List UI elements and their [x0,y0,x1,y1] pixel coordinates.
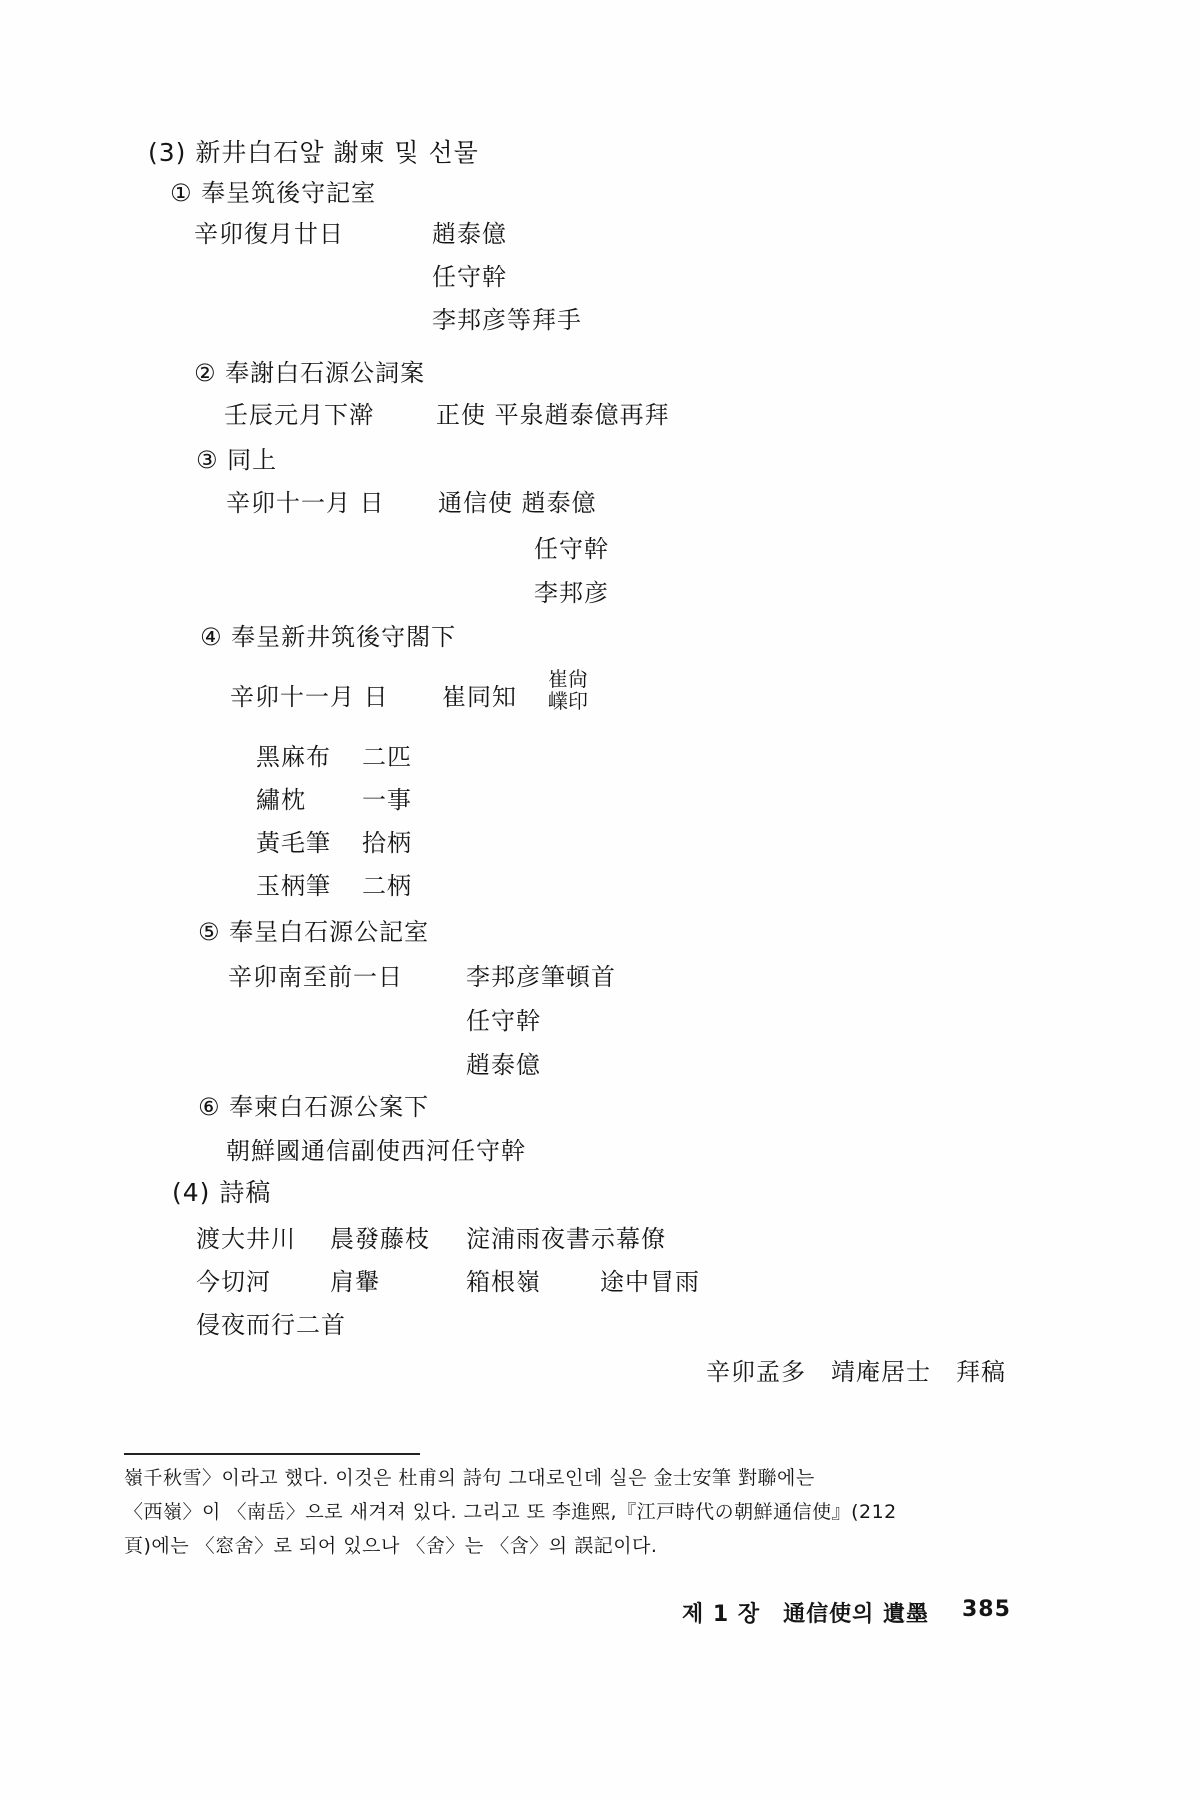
poem-signature: 辛卯孟多 靖庵居士 拜稿 [706,1357,1006,1387]
item-1-date: 辛卯復月廿日 [194,219,344,249]
item-2-name: 正使 平泉趙泰億再拜 [436,400,670,430]
running-footer-chapter: 제 1 장 通信使의 遺墨 [682,1597,929,1628]
footnote-divider [124,1453,420,1455]
item-4-title: ④ 奉呈新井筑後守閤下 [200,622,456,652]
section-3-heading: (3) 新井白石앞 謝柬 및 선물 [148,138,479,168]
poem-title: 渡大井川 [196,1224,296,1254]
item-3-name: 通信使 趙泰億 [438,488,597,518]
gift-item: 黃毛筆 [256,828,331,858]
item-5-name: 趙泰億 [466,1050,541,1080]
gift-item: 繡枕 [256,785,306,815]
poem-title: 侵夜而行二首 [196,1310,346,1340]
item-4-signer: 崔同知 [442,682,517,712]
page-number: 385 [962,1597,1011,1622]
item-4-seal: 崔尙 嶫印 [548,668,588,712]
poem-title: 晨發藤枝 [330,1224,430,1254]
item-5-title: ⑤ 奉呈白石源公記室 [198,917,429,947]
item-3-title: ③ 同上 [196,445,277,475]
item-4-date: 辛卯十一月 日 [230,682,389,712]
poem-title: 淀浦雨夜書示幕僚 [466,1224,666,1254]
seal-line: 嶫印 [548,690,588,712]
item-1-name: 李邦彦等拜手 [432,305,582,335]
poem-title: 箱根嶺 [466,1267,541,1297]
footnote-line: 頁)에는 〈窓舍〉로 되어 있으나 〈舍〉는 〈含〉의 誤記이다. [124,1534,657,1558]
item-6-name: 朝鮮國通信副使西河任守幹 [226,1136,526,1166]
book-page: (3) 新井白石앞 謝柬 및 선물 ① 奉呈筑後守記室 辛卯復月廿日 趙泰億 任… [0,0,1200,1800]
poem-title: 肩轝 [330,1267,380,1297]
gift-qty: 拾柄 [362,828,412,858]
section-4-heading: (4) 詩稿 [172,1178,271,1208]
gift-item: 黑麻布 [256,742,331,772]
footnote-line: 〈西嶺〉이 〈南岳〉으로 새겨져 있다. 그리고 또 李進熙,『江戸時代の朝鮮通… [124,1500,897,1524]
item-3-name: 任守幹 [534,534,609,564]
item-1-title: ① 奉呈筑後守記室 [170,178,376,208]
poem-title: 今切河 [196,1267,271,1297]
item-3-name: 李邦彦 [534,578,609,608]
item-3-date: 辛卯十一月 日 [226,488,385,518]
item-5-date: 辛卯南至前一日 [228,962,403,992]
item-6-title: ⑥ 奉柬白石源公案下 [198,1092,429,1122]
gift-qty: 二匹 [362,742,412,772]
gift-qty: 二柄 [362,871,412,901]
item-5-name: 任守幹 [466,1006,541,1036]
gift-qty: 一事 [362,785,412,815]
item-1-name: 趙泰億 [432,219,507,249]
gift-item: 玉柄筆 [256,871,331,901]
item-1-name: 任守幹 [432,262,507,292]
item-2-date: 壬辰元月下澣 [224,400,374,430]
poem-title: 途中冒雨 [600,1267,700,1297]
seal-line: 崔尙 [548,668,588,690]
footnote-line: 嶺千秋雪〉이라고 했다. 이것은 杜甫의 詩句 그대로인데 실은 金士安筆 對聯… [124,1466,815,1490]
item-2-title: ② 奉謝白石源公詞案 [194,358,425,388]
item-5-name: 李邦彦筆頓首 [466,962,616,992]
